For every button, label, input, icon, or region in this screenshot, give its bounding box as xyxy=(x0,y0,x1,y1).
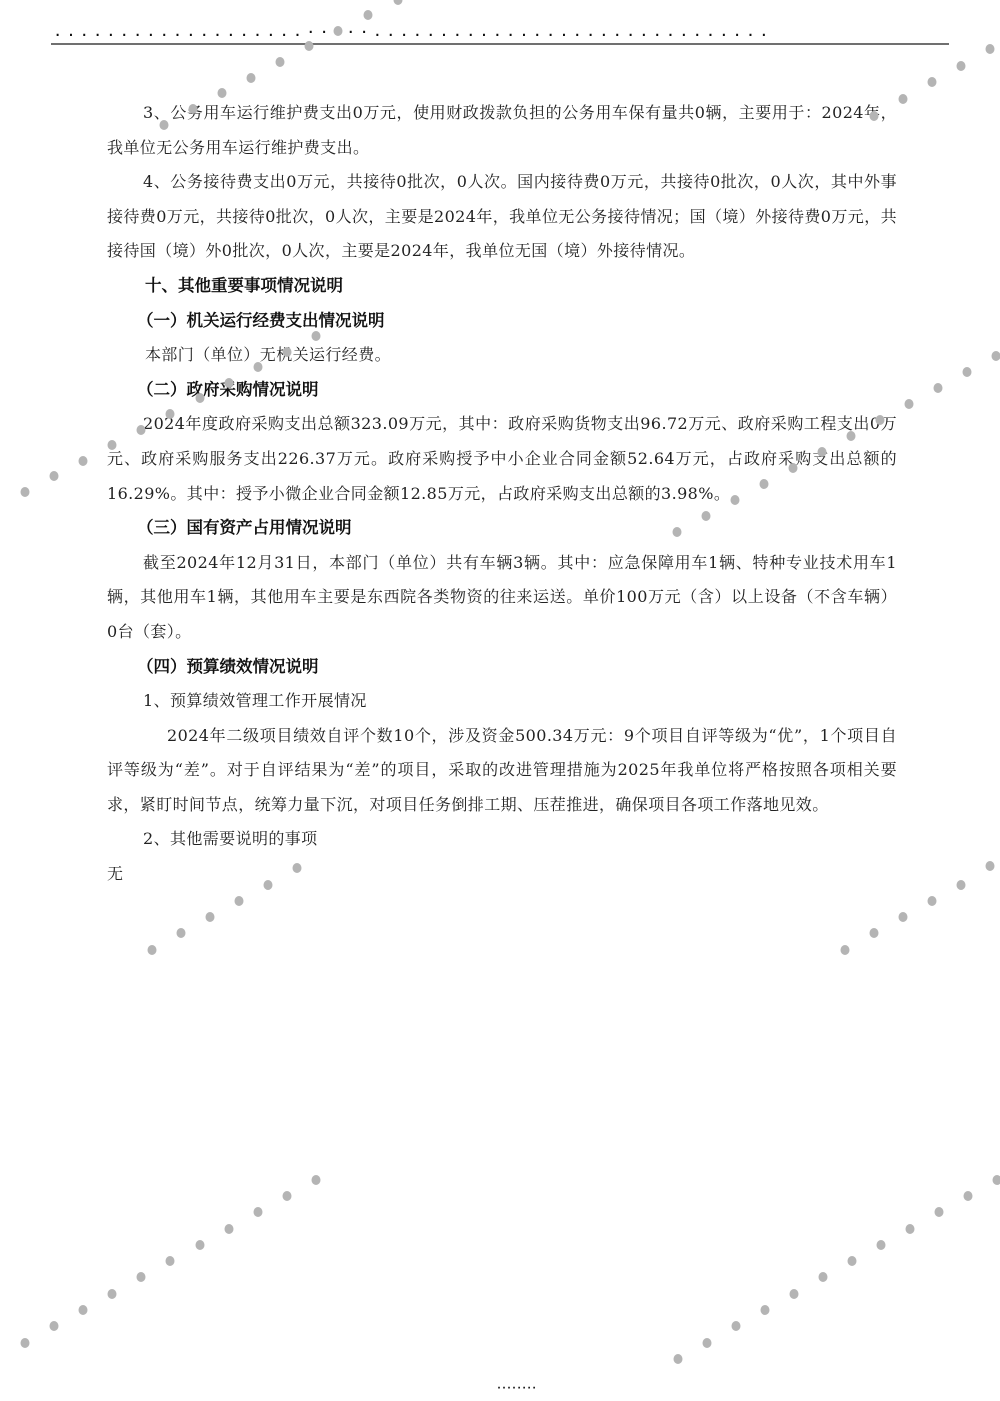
document-body: 3、公务用车运行维护费支出0万元，使用财政拨款负担的公务用车保有量共0辆，主要用… xyxy=(107,96,897,892)
subsection-4-item-1-text: 2024年二级项目绩效自评个数10个，涉及资金500.34万元：9个项目自评等级… xyxy=(107,719,897,823)
subsection-4-item-2-text: 无 xyxy=(107,857,897,892)
subsection-4-title: （四）预算绩效情况说明 xyxy=(107,650,897,685)
footer-page-marker: ········ xyxy=(496,1383,536,1394)
subsection-3-title: （三）国有资产占用情况说明 xyxy=(107,511,897,546)
subsection-4-item-2-title: 2、其他需要说明的事项 xyxy=(107,822,897,857)
subsection-1-title: （一）机关运行经费支出情况说明 xyxy=(107,304,897,339)
item-3-vehicle-maintenance: 3、公务用车运行维护费支出0万元，使用财政拨款负担的公务用车保有量共0辆，主要用… xyxy=(107,96,897,165)
subsection-3-text: 截至2024年12月31日，本部门（单位）共有车辆3辆。其中：应急保障用车1辆、… xyxy=(107,546,897,650)
subsection-2-text: 2024年度政府采购支出总额323.09万元，其中：政府采购货物支出96.72万… xyxy=(107,407,897,511)
subsection-2-title: （二）政府采购情况说明 xyxy=(107,373,897,408)
subsection-1-text: 本部门（单位）无机关运行经费。 xyxy=(107,338,897,373)
item-4-reception-expenses: 4、公务接待费支出0万元，共接待0批次，0人次。国内接待费0万元，共接待0批次，… xyxy=(107,165,897,269)
subsection-4-item-1-title: 1、预算绩效管理工作开展情况 xyxy=(107,684,897,719)
header-divider xyxy=(51,43,949,45)
section-10-title: 十、其他重要事项情况说明 xyxy=(107,269,897,304)
header-dotted-rule: ...................·····................… xyxy=(54,24,774,40)
